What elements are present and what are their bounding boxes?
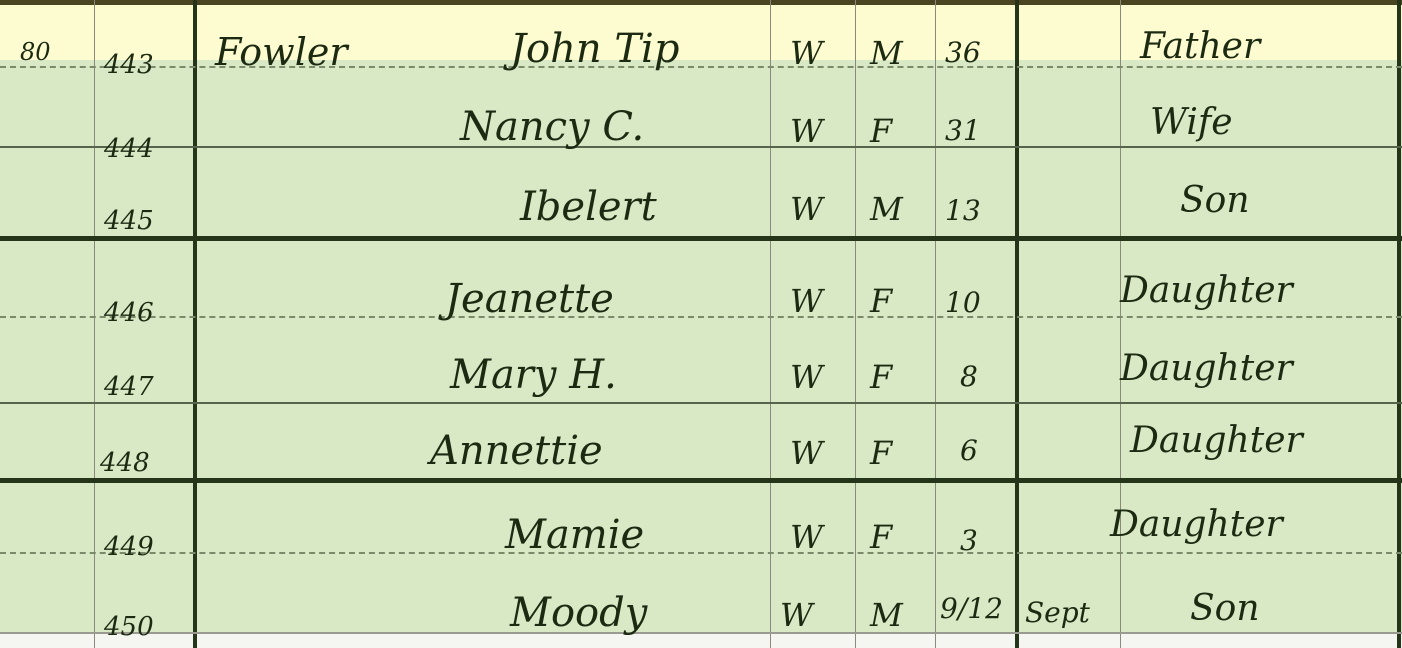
- race: W: [790, 190, 823, 228]
- sex: F: [870, 518, 892, 556]
- age: 10: [945, 286, 981, 319]
- race: W: [790, 358, 823, 396]
- relation: Daughter: [1120, 348, 1293, 389]
- age: 13: [945, 194, 981, 227]
- line-number: 446: [104, 298, 154, 328]
- sex: M: [870, 190, 903, 228]
- relation: Father: [1140, 26, 1260, 67]
- relation: Wife: [1150, 102, 1233, 143]
- given-name: Mamie: [505, 512, 644, 558]
- sex: F: [870, 282, 892, 320]
- sex: F: [870, 112, 892, 150]
- age: 6: [960, 434, 978, 467]
- given-name: Jeanette: [445, 276, 614, 322]
- sex: F: [870, 434, 892, 472]
- top-rule: [0, 0, 1402, 5]
- age: 8: [960, 360, 978, 393]
- census-page: 80 443 Fowler John Tip W M 36 Father 444…: [0, 0, 1402, 648]
- race: W: [790, 518, 823, 556]
- row-rule: [0, 402, 1402, 404]
- col-rule-dwelling: [94, 0, 95, 648]
- age: 36: [945, 36, 981, 69]
- race: W: [790, 282, 823, 320]
- race: W: [780, 596, 813, 634]
- given-name: Annettie: [430, 428, 603, 474]
- age: 3: [960, 524, 978, 557]
- birth-month: Sept: [1025, 596, 1090, 629]
- page-bottom-strip: [0, 632, 1402, 648]
- col-rule-race: [855, 0, 856, 648]
- given-name: Mary H.: [450, 352, 617, 398]
- age: 31: [945, 114, 981, 147]
- line-number: 444: [104, 134, 154, 164]
- given-name: Nancy C.: [460, 104, 644, 150]
- col-rule-name: [770, 0, 771, 648]
- race: W: [790, 34, 823, 72]
- row-rule-thick: [0, 478, 1402, 483]
- row-rule-thick: [0, 236, 1402, 241]
- relation: Son: [1190, 588, 1260, 629]
- age: 9/12: [940, 592, 1003, 625]
- given-name: Ibelert: [520, 184, 657, 230]
- sex: M: [870, 34, 903, 72]
- dwelling-number: 80: [20, 38, 51, 66]
- col-rule-month: [1120, 0, 1121, 648]
- relation: Son: [1180, 180, 1250, 221]
- surname: Fowler: [215, 30, 348, 74]
- sex: M: [870, 596, 903, 634]
- line-number: 448: [100, 448, 150, 478]
- line-number: 450: [104, 612, 154, 642]
- line-number: 449: [104, 532, 154, 562]
- line-number: 445: [104, 206, 154, 236]
- relation: Daughter: [1110, 504, 1283, 545]
- race: W: [790, 112, 823, 150]
- race: W: [790, 434, 823, 472]
- row-rule: [0, 552, 1402, 554]
- row-rule: [0, 632, 1402, 634]
- given-name: Moody: [510, 590, 647, 636]
- col-rule-age: [1015, 0, 1019, 648]
- relation: Daughter: [1130, 420, 1303, 461]
- line-number: 447: [104, 372, 154, 402]
- col-rule-right: [1397, 0, 1401, 648]
- row-rule: [0, 146, 1402, 148]
- relation: Daughter: [1120, 270, 1293, 311]
- line-number: 443: [104, 50, 154, 80]
- given-name: John Tip: [510, 26, 679, 72]
- col-rule-sex: [935, 0, 936, 648]
- row-rule: [0, 316, 1402, 318]
- sex: F: [870, 358, 892, 396]
- col-rule-line-number: [193, 0, 197, 648]
